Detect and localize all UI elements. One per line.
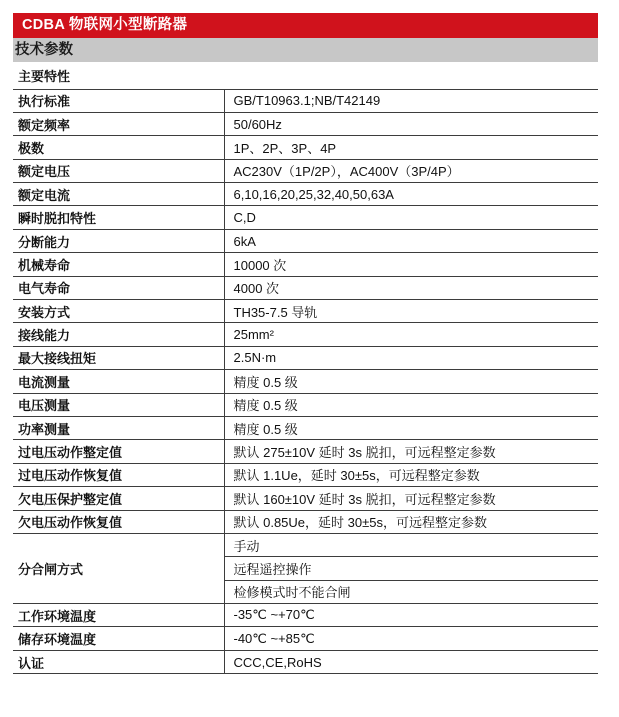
section-subtitle: 技术参数 (15, 42, 73, 58)
spec-value: 默认 0.85Ue，延时 30±5s，可远程整定参数 (224, 510, 598, 533)
spec-value: 4000 次 (224, 276, 598, 299)
spec-label: 储存环境温度 (13, 627, 224, 650)
spec-label: 电压测量 (13, 393, 224, 416)
spec-row: 过电压动作恢复值默认 1.1Ue，延时 30±5s，可远程整定参数 (13, 463, 598, 486)
spec-row: 过电压动作整定值默认 275±10V 延时 3s 脱扣，可远程整定参数 (13, 440, 598, 463)
spec-row: 瞬时脱扣特性C,D (13, 206, 598, 229)
spec-row: 电压测量精度 0.5 级 (13, 393, 598, 416)
spec-table-body: 主要特性执行标准GB/T10963.1;NB/T42149额定频率50/60Hz… (13, 62, 598, 674)
spec-label: 极数 (13, 136, 224, 159)
spec-value: 默认 275±10V 延时 3s 脱扣，可远程整定参数 (224, 440, 598, 463)
spec-row: 额定电压AC230V（1P/2P），AC400V（3P/4P） (13, 159, 598, 182)
spec-value: 6kA (224, 229, 598, 252)
spec-label: 过电压动作整定值 (13, 440, 224, 463)
spec-row: 接线能力25mm² (13, 323, 598, 346)
spec-table: 主要特性执行标准GB/T10963.1;NB/T42149额定频率50/60Hz… (13, 62, 598, 674)
spec-value: 检修模式时不能合闸 (224, 580, 598, 603)
spec-label: 分断能力 (13, 229, 224, 252)
spec-label: 额定电流 (13, 183, 224, 206)
spec-value: 精度 0.5 级 (224, 393, 598, 416)
spec-label: 过电压动作恢复值 (13, 463, 224, 486)
spec-value: 精度 0.5 级 (224, 416, 598, 439)
spec-label: 电流测量 (13, 370, 224, 393)
spec-section-row: 主要特性 (13, 62, 598, 89)
spec-row: 额定频率50/60Hz (13, 112, 598, 135)
spec-value: 1P、2P、3P、4P (224, 136, 598, 159)
spec-label: 最大接线扭矩 (13, 346, 224, 369)
spec-row: 最大接线扭矩2.5N·m (13, 346, 598, 369)
spec-label: 功率测量 (13, 416, 224, 439)
spec-row: 认证CCC,CE,RoHS (13, 650, 598, 673)
spec-label: 机械寿命 (13, 253, 224, 276)
spec-row: 电流测量精度 0.5 级 (13, 370, 598, 393)
spec-row: 分断能力6kA (13, 229, 598, 252)
spec-value: 50/60Hz (224, 112, 598, 135)
spec-value: 手动 (224, 533, 598, 556)
spec-label: 接线能力 (13, 323, 224, 346)
spec-row: 极数1P、2P、3P、4P (13, 136, 598, 159)
spec-row: 分合闸方式手动 (13, 533, 598, 556)
spec-value: 远程遥控操作 (224, 557, 598, 580)
spec-row: 功率测量精度 0.5 级 (13, 416, 598, 439)
spec-label: 认证 (13, 650, 224, 673)
spec-value: 精度 0.5 级 (224, 370, 598, 393)
spec-row: 额定电流6,10,16,20,25,32,40,50,63A (13, 183, 598, 206)
spec-value: CCC,CE,RoHS (224, 650, 598, 673)
spec-value: -40℃ ~+85℃ (224, 627, 598, 650)
spec-row: 储存环境温度-40℃ ~+85℃ (13, 627, 598, 650)
spec-row: 欠电压动作恢复值默认 0.85Ue，延时 30±5s，可远程整定参数 (13, 510, 598, 533)
spec-label: 瞬时脱扣特性 (13, 206, 224, 229)
spec-value: 默认 160±10V 延时 3s 脱扣，可远程整定参数 (224, 487, 598, 510)
spec-value: 默认 1.1Ue，延时 30±5s，可远程整定参数 (224, 463, 598, 486)
spec-value: AC230V（1P/2P），AC400V（3P/4P） (224, 159, 598, 182)
spec-label: 额定电压 (13, 159, 224, 182)
spec-row: 欠电压保护整定值默认 160±10V 延时 3s 脱扣，可远程整定参数 (13, 487, 598, 510)
spec-value: C,D (224, 206, 598, 229)
spec-label: 安装方式 (13, 300, 224, 323)
spec-row: 机械寿命10000 次 (13, 253, 598, 276)
spec-value: 6,10,16,20,25,32,40,50,63A (224, 183, 598, 206)
datasheet-page: CDBA 物联网小型断路器 技术参数 主要特性执行标准GB/T10963.1;N… (0, 0, 619, 717)
section-subtitle-bar: 技术参数 (13, 38, 598, 62)
spec-label: 额定频率 (13, 112, 224, 135)
spec-row: 电气寿命4000 次 (13, 276, 598, 299)
product-title: CDBA 物联网小型断路器 (22, 17, 187, 33)
spec-row: 工作环境温度-35℃ ~+70℃ (13, 604, 598, 627)
spec-label: 执行标准 (13, 89, 224, 112)
spec-value: 25mm² (224, 323, 598, 346)
spec-section-title: 主要特性 (13, 62, 598, 89)
spec-value: GB/T10963.1;NB/T42149 (224, 89, 598, 112)
spec-label: 分合闸方式 (13, 533, 224, 603)
spec-label: 欠电压保护整定值 (13, 487, 224, 510)
spec-label: 电气寿命 (13, 276, 224, 299)
spec-label: 欠电压动作恢复值 (13, 510, 224, 533)
spec-value: TH35-7.5 导轨 (224, 300, 598, 323)
spec-label: 工作环境温度 (13, 604, 224, 627)
spec-row: 执行标准GB/T10963.1;NB/T42149 (13, 89, 598, 112)
spec-value: -35℃ ~+70℃ (224, 604, 598, 627)
spec-value: 2.5N·m (224, 346, 598, 369)
spec-value: 10000 次 (224, 253, 598, 276)
spec-row: 安装方式TH35-7.5 导轨 (13, 300, 598, 323)
product-title-bar: CDBA 物联网小型断路器 (13, 13, 598, 38)
